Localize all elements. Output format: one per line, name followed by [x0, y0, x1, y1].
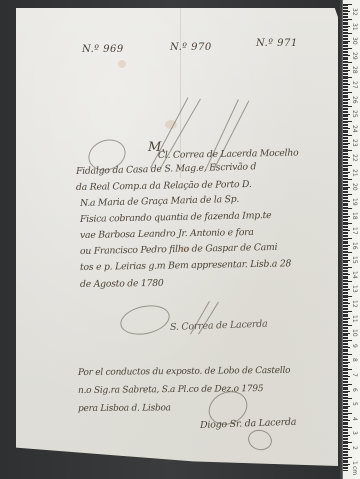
- ruler-label: 20: [351, 183, 358, 191]
- ruler-tick: [343, 470, 348, 471]
- ruler-label: 11: [351, 315, 358, 323]
- ruler-label: 10: [351, 329, 358, 337]
- ruler-label: 2: [351, 446, 358, 450]
- header-number-970: N.º 970: [170, 42, 212, 53]
- header-number-969: N.º 969: [82, 44, 124, 55]
- body-line-9: de Agosto de 1780: [80, 278, 164, 290]
- ruler-label: 1: [351, 461, 358, 465]
- header-number-971: N.º 971: [256, 38, 298, 49]
- ruler-label: 13: [351, 285, 358, 293]
- ruler-label: 4: [351, 417, 358, 421]
- ruler-label: 14: [351, 271, 358, 279]
- ruler-label: 18: [351, 212, 358, 220]
- paper-stain: [118, 60, 126, 68]
- ruler-label: 3: [351, 431, 358, 435]
- ruler-label: 19: [351, 198, 358, 206]
- ruler-label: 27: [351, 81, 358, 89]
- ruler-label: 30: [351, 37, 358, 45]
- ruler-label: 31: [351, 23, 358, 31]
- ruler-unit-label: cm: [351, 466, 358, 475]
- ruler-label: 28: [351, 66, 358, 74]
- ruler-label: 16: [351, 242, 358, 250]
- ruler-label: 21: [351, 169, 358, 177]
- ruler-label: 25: [351, 110, 358, 118]
- ruler-label: 23: [351, 139, 358, 147]
- ruler-label: 7: [351, 373, 358, 377]
- ruler-label: 15: [351, 256, 358, 264]
- ruler-label: 6: [351, 388, 358, 392]
- ruler-label: 26: [351, 96, 358, 104]
- footer-line-3: pera Lisboa d. Lisboa: [78, 403, 171, 414]
- ruler-label: 8: [351, 358, 358, 362]
- ruler-label: 24: [351, 125, 358, 133]
- measurement-ruler: 3231302928272625242322212019181716151413…: [340, 0, 360, 479]
- ruler-label: 9: [351, 344, 358, 348]
- ruler-label: 12: [351, 300, 358, 308]
- ruler-label: 32: [351, 8, 358, 16]
- ruler-label: 22: [351, 154, 358, 162]
- ruler-label: 5: [351, 402, 358, 406]
- ruler-label: 17: [351, 227, 358, 235]
- ruler-label: 29: [351, 52, 358, 60]
